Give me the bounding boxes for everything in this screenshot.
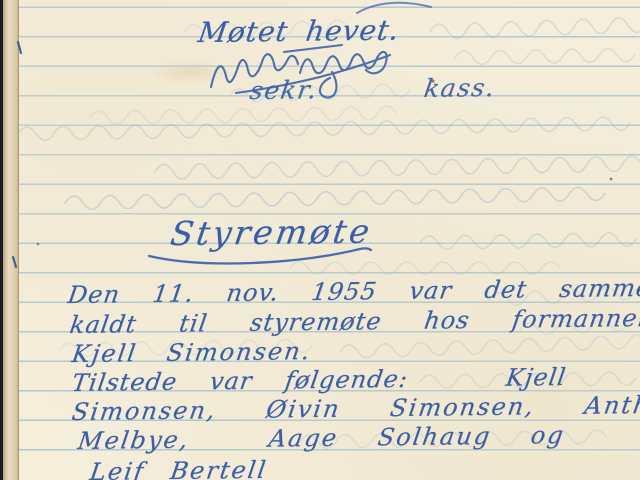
ink-flourish (357, 3, 431, 13)
page-edge (3, 0, 19, 480)
closing-line: Møtet hevet. (196, 14, 402, 49)
heading-title: Styremøte (168, 212, 375, 253)
body-line-6: Melbye, Aage Solhaug og (76, 421, 567, 455)
body-line-1: Den 11. nov. 1955 var det sammen- (66, 274, 640, 309)
body-line-7: Leif Bertell (88, 456, 269, 480)
body-line-3: Kjell Simonsen. (70, 337, 313, 368)
notebook-page: Møtet hevet. sekr. kass. Styremøte Den 1… (0, 0, 640, 480)
signature-roles: sekr. kass. (248, 73, 498, 105)
body-line-2: kaldt til styremøte hos formannen (68, 304, 640, 339)
